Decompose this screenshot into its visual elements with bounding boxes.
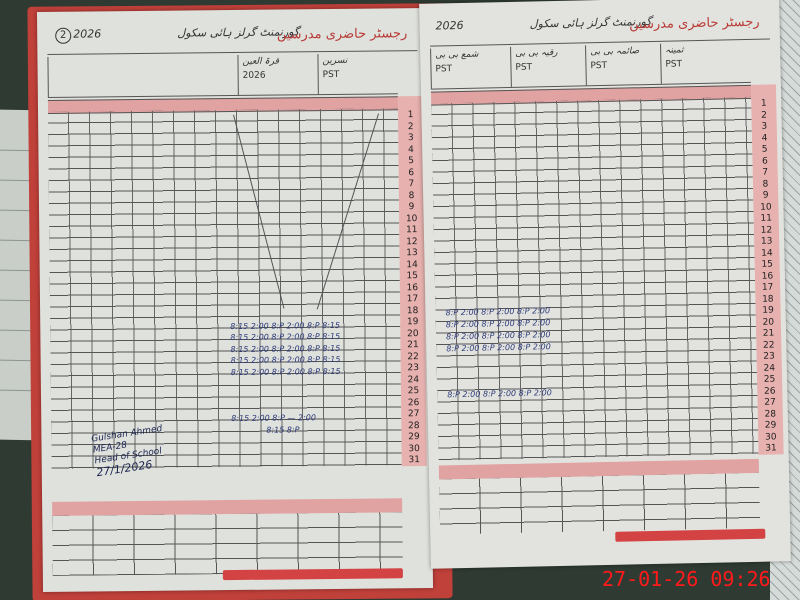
- right-attendance-grid: [431, 97, 758, 461]
- left-page-year: 2026: [73, 27, 101, 40]
- head-signature: Gulshan Ahmed MEA-28 Head of School 27/1…: [91, 424, 168, 478]
- printer-strip: [223, 568, 403, 580]
- photo-scene: 2 2026 گورنمنٹ گرلز ہائی سکول رجسٹر حاضر…: [0, 0, 800, 600]
- attendance-entry: 8:15 8:P: [266, 425, 299, 434]
- attendance-entry: 8:15 2:00 8:P 2:00 8:P 8:15: [231, 355, 341, 365]
- teacher-column: شمع بی بی PST: [430, 47, 511, 89]
- right-page-title: رجسٹر حاضری مدرسین: [629, 15, 760, 33]
- left-page: 2 2026 گورنمنٹ گرلز ہائی سکول رجسٹر حاضر…: [37, 8, 433, 592]
- left-page-title: رجسٹر حاضری مدرسین: [277, 26, 408, 42]
- teacher-column: رقیہ بی بی PST: [510, 45, 586, 87]
- left-attendance-grid: [48, 108, 402, 469]
- attendance-entry: 8:15 2:00 8:P — 2:00: [231, 413, 316, 423]
- right-page-year: 2026: [435, 19, 463, 33]
- teacher-column: صائمہ بی بی PST: [585, 44, 661, 86]
- camera-timestamp: 27-01-26 09:26: [602, 567, 771, 591]
- left-page-title-row: 2 2026 گورنمنٹ گرلز ہائی سکول رجسٹر حاضر…: [47, 20, 417, 55]
- attendance-entry: 8:15 2:00 8:P 2:00 8:P 8:15: [230, 321, 340, 331]
- attendance-entry: 8:15 2:00 8:P 2:00 8:P 8:15: [230, 332, 340, 342]
- teacher-column: نسرین PST: [317, 53, 397, 94]
- right-footer-grid: [439, 473, 760, 535]
- left-footer-grid: [52, 512, 403, 576]
- attendance-entry: 8:15 2:00 8:P 2:00 8:P 8:15: [231, 367, 341, 377]
- right-teacher-header: شمع بی بی PST رقیہ بی بی PST صائمہ بی بی…: [430, 42, 751, 90]
- right-page-title-row: 2026 گورنمنٹ گرلز ہائی سکول رجسٹر حاضری …: [429, 8, 770, 46]
- teacher-column: قرۃ العین 2026: [237, 54, 317, 95]
- attendance-entry: 8:15 2:00 8:P 2:00 8:P 8:15: [230, 344, 340, 354]
- teacher-column: ثمینہ PST: [660, 42, 741, 84]
- left-teacher-header: قرۃ العین 2026 نسرین PST: [47, 53, 397, 98]
- page-number: 2: [55, 28, 71, 44]
- right-page: 2026 گورنمنٹ گرلز ہائی سکول رجسٹر حاضری …: [419, 0, 791, 569]
- printer-strip: [615, 529, 765, 542]
